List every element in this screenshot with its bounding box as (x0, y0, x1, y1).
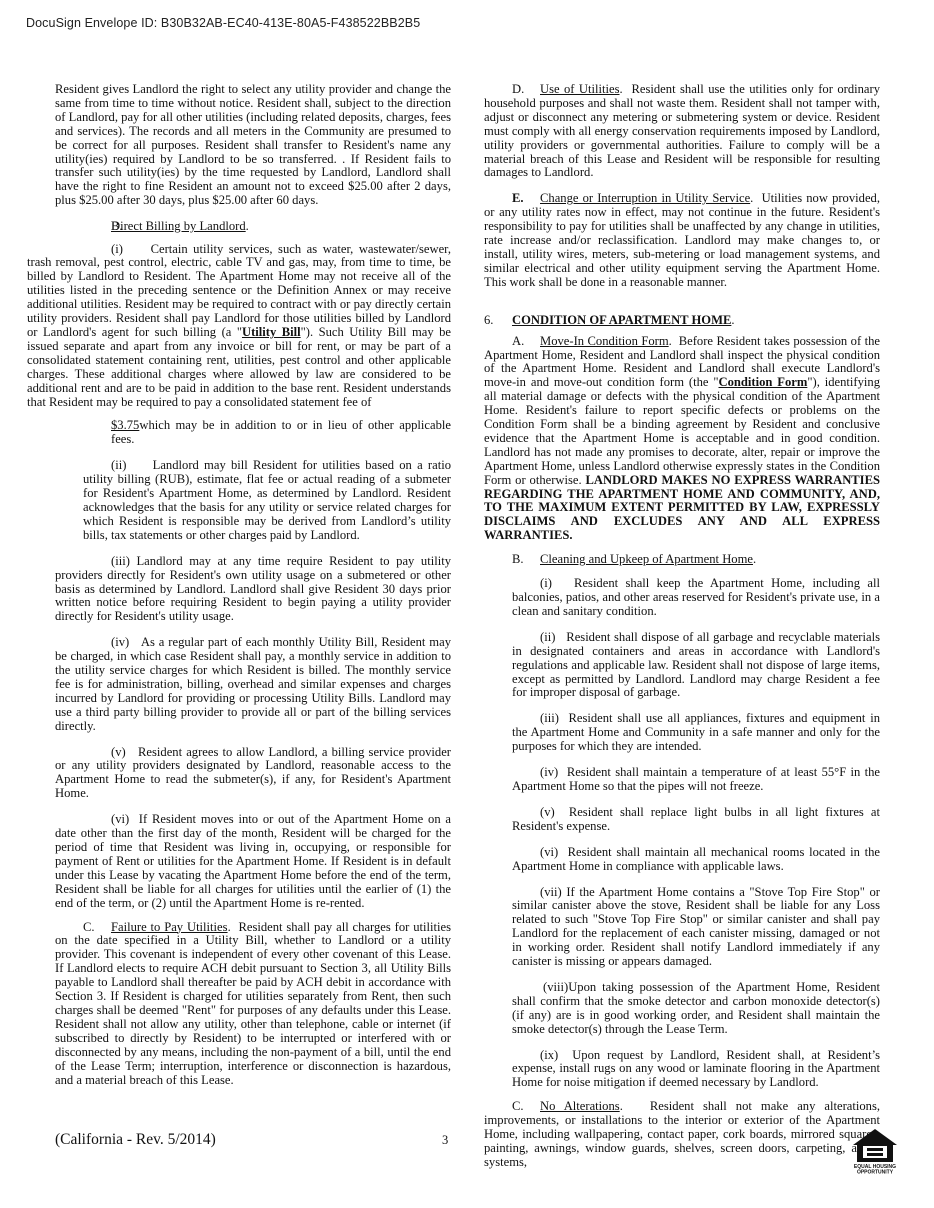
equal-housing-icon: EQUAL HOUSING OPPORTUNITY (850, 1126, 900, 1176)
page-number: 3 (442, 1133, 448, 1148)
section-letter: B. (83, 220, 111, 234)
svg-text:OPPORTUNITY: OPPORTUNITY (857, 1170, 894, 1176)
clause-b-i: (i) Certain utility services, such as wa… (27, 243, 451, 410)
section-title: CONDITION OF APARTMENT HOME (512, 313, 731, 327)
clause-b-v: (v) Resident agrees to allow Landlord, a… (55, 746, 451, 802)
right-column: D.Use of Utilities. Resident shall use t… (484, 83, 880, 1178)
section-b-heading: B.Direct Billing by Landlord. (55, 220, 451, 234)
clause-b-vi: (vi) If Resident moves into or out of th… (55, 813, 451, 910)
clause-6b-v: (v) Resident shall replace light bulbs i… (512, 806, 880, 834)
section-6c-no-alterations: C.No Alterations. Resident shall not mak… (484, 1100, 880, 1170)
section-title: Use of Utilities (540, 82, 620, 96)
docusign-envelope-id: DocuSign Envelope ID: B30B32AB-EC40-413E… (26, 16, 420, 30)
section-letter: C. (83, 921, 111, 935)
utility-provider-paragraph: Resident gives Landlord the right to sel… (55, 83, 451, 208)
clause-label: (i) (111, 242, 123, 256)
clause-b-iv: (iv) As a regular part of each monthly U… (55, 636, 451, 733)
section-title: Cleaning and Upkeep of Apartment Home (540, 552, 753, 566)
clause-6b-ii: (ii) Resident shall dispose of all garba… (512, 631, 880, 701)
section-e-change-interruption: E.Change or Interruption in Utility Serv… (484, 192, 880, 289)
upkeep-clauses: (i) Resident shall keep the Apartment Ho… (484, 577, 880, 1090)
section-6b-heading: B.Cleaning and Upkeep of Apartment Home. (484, 553, 880, 567)
fee-amount: $3.75 (111, 418, 139, 432)
section-title: Failure to Pay Utilities (111, 920, 228, 934)
clause-6b-vi: (vi) Resident shall maintain all mechani… (512, 846, 880, 874)
section-d-use-of-utilities: D.Use of Utilities. Resident shall use t… (484, 83, 880, 180)
clause-6b-i: (i) Resident shall keep the Apartment Ho… (512, 577, 880, 619)
section-title: Change or Interruption in Utility Servic… (540, 191, 750, 205)
clause-6b-vii: (vii) If the Apartment Home contains a "… (512, 886, 880, 969)
clause-6b-ix: (ix) Upon request by Landlord, Resident … (512, 1049, 880, 1091)
section-title: No Alterations (540, 1099, 620, 1113)
defined-term-utility-bill: Utility Bill (242, 325, 301, 339)
defined-term-condition-form: Condition Form (719, 375, 808, 389)
revision-footer: (California - Rev. 5/2014) (55, 1131, 216, 1149)
section-6a-move-in-condition: A.Move-In Condition Form. Before Residen… (484, 335, 880, 544)
clause-6b-iv: (iv) Resident shall maintain a temperatu… (512, 766, 880, 794)
clause-b-iii: (iii) Landlord may at any time require R… (55, 555, 451, 625)
clause-6b-iii: (iii) Resident shall use all appliances,… (512, 712, 880, 754)
clause-6b-viii: (viii)Upon taking possession of the Apar… (512, 981, 880, 1037)
clause-b-ii: (ii) Landlord may bill Resident for util… (55, 459, 451, 542)
consolidated-fee-line: $3.75which may be in addition to or in l… (55, 419, 451, 447)
left-column: Resident gives Landlord the right to sel… (55, 83, 451, 1096)
section-6-heading: 6.CONDITION OF APARTMENT HOME. (484, 314, 880, 328)
section-title: Direct Billing by Landlord (111, 219, 246, 233)
section-c-failure-to-pay: C.Failure to Pay Utilities. Resident sha… (55, 921, 451, 1088)
equal-housing-opportunity-logo: EQUAL HOUSING OPPORTUNITY (850, 1126, 900, 1176)
section-title: Move-In Condition Form (540, 334, 669, 348)
